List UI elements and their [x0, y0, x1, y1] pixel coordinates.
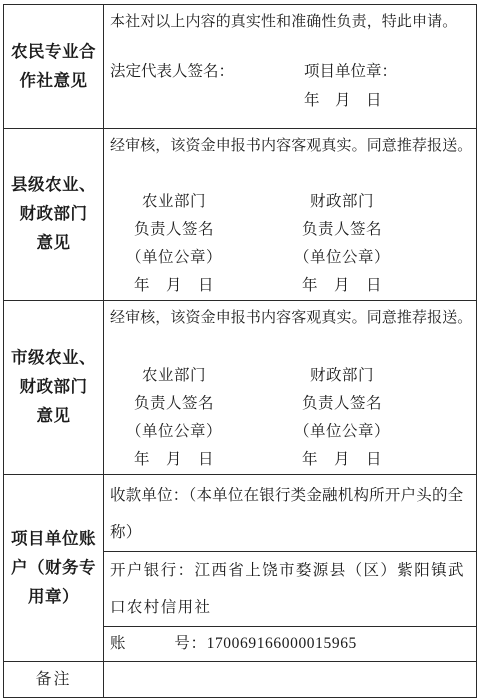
bank-cell: 开户银行：江西省上饶市婺源县（区）紫阳镇武 口农村信用社 — [104, 552, 477, 627]
agriculture-dept-block: 农业部门 负责人签名 （单位公章） 年 月 日 — [104, 188, 244, 300]
signer-label: 负责人签名 — [272, 216, 412, 244]
legal-rep-signature-label: 法定代表人签名： — [110, 61, 304, 82]
section-header-city-opinion: 市级农业、 财政部门 意见 — [4, 301, 104, 475]
date-placeholder: 年 月 日 — [272, 446, 412, 474]
dept-name: 农业部门 — [104, 362, 244, 390]
signer-label: 负责人签名 — [272, 390, 412, 418]
payee-unit-cell: 收款单位：（本单位在银行类金融机构所开户头的全 称） — [104, 475, 477, 552]
row-account-payee: 项目单位账 户（财务专 用章） 收款单位：（本单位在银行类金融机构所开户头的全 … — [4, 475, 477, 552]
county-statement: 经审核，该资金申报书内容客观真实。同意推荐报送。 — [104, 129, 476, 157]
row-cooperative-opinion: 农民专业合 作社意见 本社对以上内容的真实性和准确性负责，特此申请。 法定代表人… — [4, 5, 477, 129]
row-city-opinion: 市级农业、 财政部门 意见 经审核，该资金申报书内容客观真实。同意推荐报送。 农… — [4, 301, 477, 475]
approval-form-table: 农民专业合 作社意见 本社对以上内容的真实性和准确性负责，特此申请。 法定代表人… — [3, 4, 477, 680]
header-line: 县级农业、 — [4, 171, 103, 200]
section-header-county-opinion: 县级农业、 财政部门 意见 — [4, 129, 104, 301]
header-line: 项目单位账 — [4, 525, 103, 554]
dept-name: 农业部门 — [104, 188, 244, 216]
finance-dept-block: 财政部门 负责人签名 （单位公章） 年 月 日 — [272, 362, 412, 474]
header-line: 意见 — [4, 229, 103, 258]
date-placeholder: 年 月 日 — [104, 446, 244, 474]
header-line: 用章） — [4, 583, 103, 612]
section-header-project-account: 项目单位账 户（财务专 用章） — [4, 475, 104, 662]
account-number-value: 170069166000015965 — [207, 635, 357, 652]
header-line: 作社意见 — [4, 67, 103, 96]
seal-label: （单位公章） — [104, 418, 244, 446]
bank-line: 开户银行：江西省上饶市婺源县（区）紫阳镇武 — [104, 552, 476, 589]
dept-name: 财政部门 — [272, 362, 412, 390]
header-line: 财政部门 — [4, 200, 103, 229]
signature-line: 法定代表人签名：项目单位章： — [104, 61, 476, 82]
row-remarks: 备注 — [4, 662, 477, 681]
header-line: 财政部门 — [4, 373, 103, 402]
header-line: 农民专业合 — [4, 38, 103, 67]
signer-label: 负责人签名 — [104, 216, 244, 244]
payee-line: 称） — [104, 514, 476, 551]
cooperative-opinion-cell: 本社对以上内容的真实性和准确性负责，特此申请。 法定代表人签名：项目单位章： 年… — [104, 5, 477, 129]
section-header-cooperative-opinion: 农民专业合 作社意见 — [4, 5, 104, 129]
agriculture-dept-block: 农业部门 负责人签名 （单位公章） 年 月 日 — [104, 362, 244, 474]
dept-name: 财政部门 — [272, 188, 412, 216]
city-statement: 经审核，该资金申报书内容客观真实。同意推荐报送。 — [104, 301, 476, 329]
seal-label: （单位公章） — [272, 418, 412, 446]
bank-line: 口农村信用社 — [104, 589, 476, 626]
section-header-remarks: 备注 — [4, 662, 104, 681]
dept-columns: 农业部门 负责人签名 （单位公章） 年 月 日 财政部门 负责人签名 （单位公章… — [104, 362, 476, 474]
header-line: 市级农业、 — [4, 344, 103, 373]
seal-label: （单位公章） — [104, 244, 244, 272]
header-line: 意见 — [4, 402, 103, 431]
county-opinion-cell: 经审核，该资金申报书内容客观真实。同意推荐报送。 农业部门 负责人签名 （单位公… — [104, 129, 477, 301]
account-number-label: 账 号： — [110, 635, 207, 652]
account-number-line: 账 号：170069166000015965 — [104, 627, 476, 660]
date-placeholder: 年 月 日 — [104, 90, 476, 111]
date-placeholder: 年 月 日 — [104, 272, 244, 300]
signer-label: 负责人签名 — [104, 390, 244, 418]
city-opinion-cell: 经审核，该资金申报书内容客观真实。同意推荐报送。 农业部门 负责人签名 （单位公… — [104, 301, 477, 475]
header-line: 户（财务专 — [4, 554, 103, 583]
account-number-cell: 账 号：170069166000015965 — [104, 627, 477, 662]
dept-columns: 农业部门 负责人签名 （单位公章） 年 月 日 财政部门 负责人签名 （单位公章… — [104, 188, 476, 300]
date-placeholder: 年 月 日 — [272, 272, 412, 300]
remarks-cell — [104, 662, 477, 681]
cooperative-statement: 本社对以上内容的真实性和准确性负责，特此申请。 — [104, 5, 476, 33]
seal-label: （单位公章） — [272, 244, 412, 272]
finance-dept-block: 财政部门 负责人签名 （单位公章） 年 月 日 — [272, 188, 412, 300]
unit-seal-label: 项目单位章： — [304, 63, 397, 80]
payee-line: 收款单位：（本单位在银行类金融机构所开户头的全 — [104, 475, 476, 514]
row-county-opinion: 县级农业、 财政部门 意见 经审核，该资金申报书内容客观真实。同意推荐报送。 农… — [4, 129, 477, 301]
